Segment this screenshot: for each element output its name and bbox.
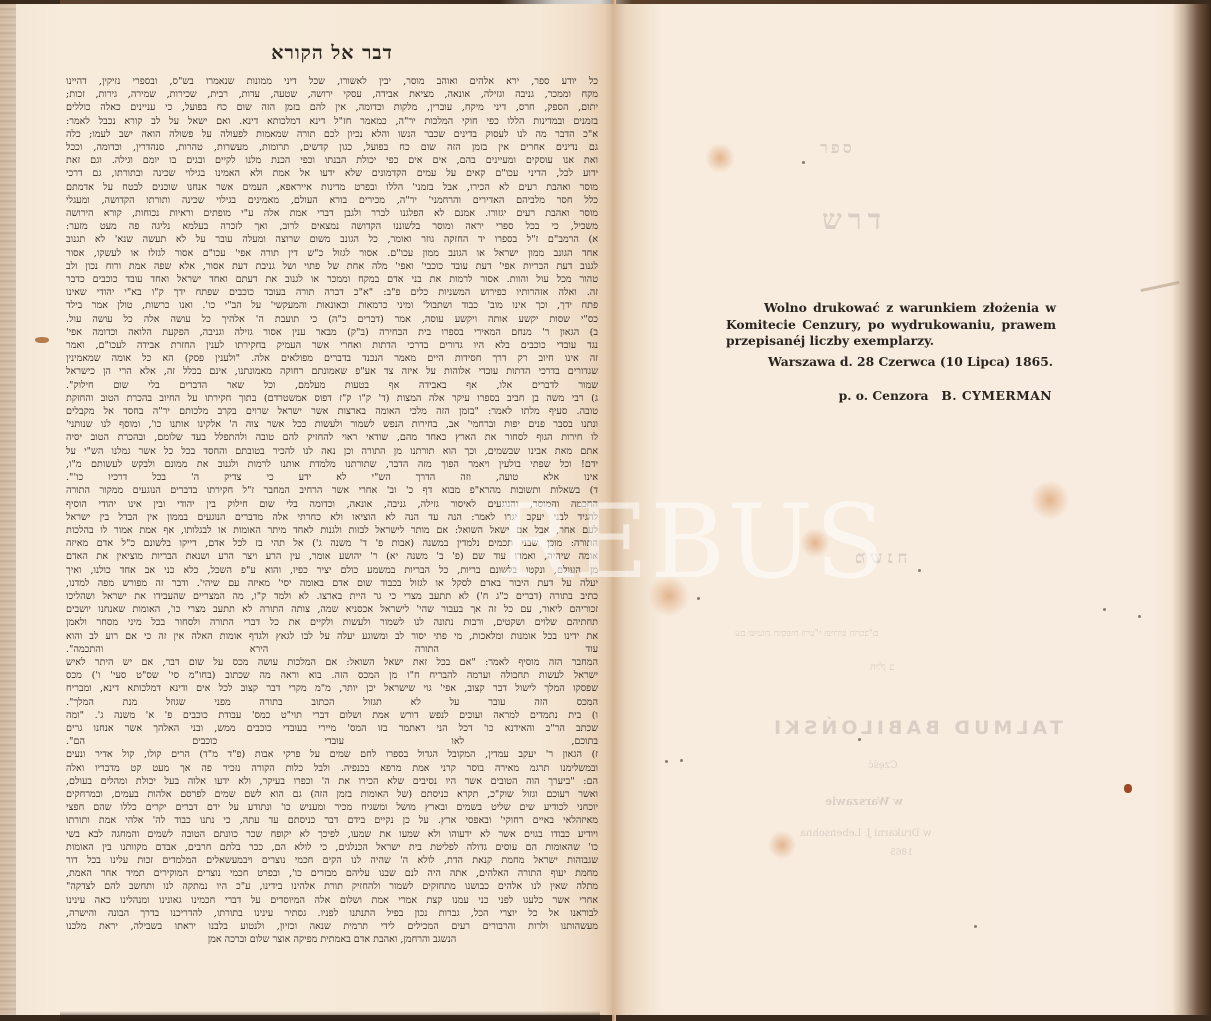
text-line: בתוכם, לאו עובדי כוכבים הם". [66, 735, 598, 748]
text-line: ג) רבי משה בן חביב בספרו עיקר אלה המצות … [66, 392, 598, 405]
paragraph-vav: ו) בית נתמדים למראה ועוכים לנפש דורש אמת… [66, 709, 598, 749]
foxing-stain [1030, 480, 1070, 520]
text-line: מוסר ואהבת רעים יגזורו. אמנם לא הפלגנו ל… [66, 207, 598, 220]
text-line: ב) הגאון ר' מנחם המאירי בספרו בית הבחירה… [66, 326, 598, 339]
book-spread: דבר אל הקורא כל יודע ספר, ירא אלהים ואוה… [0, 0, 1211, 1021]
text-line: את ידינו בכל אומנות ומלאכות, מי פתי יסור… [66, 630, 598, 643]
text-line: אתם מאת אבינו שבשמים, וכך הוא תורתנו מן … [66, 445, 598, 458]
paragraph-alef: א) הרמב"ם ז"ל בספרו יד החזקה גוזר ואומר,… [66, 233, 598, 325]
show-through-text: Część [868, 760, 898, 771]
show-through-text: w Drukarni J. Lebensohna [800, 828, 932, 839]
paragraph-he: המחבר הזה מוסיף לאמר: "אם בכל זאת ישאל ה… [66, 656, 598, 709]
speck [1138, 615, 1141, 618]
text-line: א"כ הדבר מה לנו לעסוק בדינים שכבר הנשו ו… [66, 128, 598, 141]
show-through-text: w Warszawie [825, 795, 903, 808]
text-line: זה אינו חיוב רק דרך חסידות היים מאמר הנכ… [66, 352, 598, 365]
rust-spot [35, 337, 49, 343]
text-line: מחמת יעוף התורה האלהים, אתה היה לנם שבנו… [66, 867, 598, 880]
text-line: לגנוב דעת הבריות אפי' דעת עובד כוכבי' וא… [66, 260, 598, 273]
text-line: ז) הגאון ר' יעקב עמדין, המקובל הגדול בספ… [66, 748, 598, 761]
text-line: א) הרמב"ם ז"ל בספרו יד החזקה גוזר ואומר,… [66, 233, 598, 246]
book-bottom-edge [60, 1011, 600, 1021]
approval-date: Warszawa d. 28 Czerwca (10 Lipca) 1865. [726, 354, 1056, 371]
text-line: זכוריהם ליאור, עם כל זה אך בעבור שהי' לי… [66, 603, 598, 616]
text-line: ובמשלימנו תרגמ מאירה בוסר קרני אמת מרפא … [66, 762, 598, 775]
text-line: כס"י שסות יקשע אותה ויקשע עוסה, אמר (דבר… [66, 313, 598, 326]
text-line: משכיל, כי בכל ספרי יראה ומוסר בלשוננו הק… [66, 220, 598, 233]
signature-prefix: p. o. Cenzora [839, 388, 929, 403]
text-line: המחבר הזה מוסיף לאמר: "אם בכל זאת ישאל ה… [66, 656, 598, 669]
text-line: כו' שהאומות הם עוסים גדולה לפליטת בית יש… [66, 841, 598, 854]
paragraph-bet: ב) הגאון ר' מנחם המאירי בספרו בית הבחירה… [66, 326, 598, 392]
text-line: לו חירות הגוף לסחור את הארץ כאחד מהם, שו… [66, 431, 598, 444]
text-line: ויודיע כבודו בגוים אשר לא ידעוהו ולא שמע… [66, 828, 598, 841]
page-title: דבר אל הקורא [66, 42, 598, 65]
speck [680, 759, 683, 762]
foxing-stain [705, 143, 735, 173]
show-through-text: עם שיטות תוספות ורש"י ופירוש הרמב"ם [735, 628, 879, 639]
censorship-approval: Wolno drukować z warunkiem złożenia w Ko… [726, 300, 1056, 405]
text-line: טהור מכל עול והוות. אסור לרמות את בני אד… [66, 273, 598, 286]
text-line: לבוראנו אל כל יוצרי הכל, גברות נכון בפיל… [66, 907, 598, 920]
text-line: ידם! וכל שפתי בולעין ויאמר הפוך מזה הדבר… [66, 458, 598, 471]
text-line: כלל חסר מלביהם האדירים והרחמני' יר"ה, מכ… [66, 194, 598, 207]
text-line: יתום, הספק, חרס, דיני מיקח, עוברין, מלקו… [66, 101, 598, 114]
text-line: ואת אנו עוסקים ומעיינים בהם, אים אים כפי… [66, 154, 598, 167]
text-line: זה. ואלה אזהרותיו כפירוש המשניות כלים פ"… [66, 286, 598, 299]
paragraph-intro: כל יודע ספר, ירא אלהים ואוהב מוסר, יבין … [66, 75, 598, 233]
text-line: אחרי אשר כלעגו לפני כני עמנו קצת אמרי אמ… [66, 894, 598, 907]
text-line: שמור לדברים אלו, אף באבידה אף בטעות מעלמ… [66, 379, 598, 392]
text-line: מעשהותנו ולרות והרבורים רעים המכילים ליד… [66, 920, 598, 933]
speck [918, 569, 921, 572]
approval-text: Wolno drukować z warunkiem złożenia w Ko… [726, 300, 1056, 350]
text-line: מתלה שאין לנו אלהים כבושנו מתחזקים לשמור… [66, 880, 598, 893]
speck [802, 161, 805, 164]
text-line: מאיזהלאי באיים רחוקי' ובאפסי ארץ. על כן … [66, 814, 598, 827]
watermark: REBUS [495, 492, 887, 594]
text-line: שגדורים בדרכי הדתות עובדי אלוהות על איזה… [66, 365, 598, 378]
text-line: גם נדינים אחרים אין בזמן הזה שום כח בפוע… [66, 141, 598, 154]
show-through-text: 1865 [890, 848, 913, 858]
text-line: הם: "ביערך הוה הטובים אשר היו נסיבים שלא… [66, 775, 598, 788]
show-through-text: חלק ב [870, 662, 894, 673]
text-line: ידוע לכל, הדיני עכו"ם קאים על עמים הקדמו… [66, 167, 598, 180]
closing-line: הנשגב והרחמן, ואהבת אדם באמתית מפיקה אוצ… [66, 933, 598, 946]
speck [974, 925, 977, 928]
text-line: שכתב הר"ב והאידנא כו' דכל הני דאתמר בזו … [66, 722, 598, 735]
rust-spot [1124, 784, 1132, 793]
censor-name: B. CYMERMAN [941, 388, 1052, 403]
text-line: פתח ידך, וכך אינו מוב' כבוד ושתבול' ומינ… [66, 299, 598, 312]
text-line: שפסקו המלך לישול דבר קצוב, אפי' גוי שישר… [66, 682, 598, 695]
censor-signature: p. o. Cenzora B. CYMERMAN [726, 388, 1056, 405]
text-line: שגבוהות ישראל מחמת קנאת הדת, לולא ה' שהי… [66, 854, 598, 867]
text-line: אחד הגונב ממון ישראל או הגונב ממון עכו"ם… [66, 247, 598, 260]
text-line: מוסר ואהבת רעים לא הכירו, אבל בזמני' הלל… [66, 181, 598, 194]
show-through-text: TALMUD BABILOŃSKI [770, 717, 1063, 739]
text-line: תחתיהם שלוים ושקטים, ורבות נתונה לנו לשמ… [66, 616, 598, 629]
text-line: ישראל לעשות תחבולה וערמה להבריח ח"ו מן ה… [66, 669, 598, 682]
text-line: מקח וממכר, גניבה וגזילה, אונאה, מציאת אב… [66, 88, 598, 101]
text-line: נגד עובדי כוכבים בלא היו גדורים בדרכי הד… [66, 339, 598, 352]
show-through-text: דרש [822, 203, 887, 237]
show-through-text: ספר [820, 138, 855, 158]
paragraph-zayin: ז) הגאון ר' יעקב עמדין, המקובל הגדול בספ… [66, 748, 598, 946]
paragraph-gimel: ג) רבי משה בן חביב בספרו עיקר אלה המצות … [66, 392, 598, 484]
text-line: טובה. סעיף מלתו לאמר: "בזמן הזה מלכי האו… [66, 405, 598, 418]
text-line: יוכחני לכודיע שים שליט בשמים ובארץ מושל … [66, 801, 598, 814]
speck [1103, 608, 1106, 611]
foxing-stain [768, 830, 796, 860]
text-line: המכס הזה עובר על לא תגזול הכתוב בתורה מפ… [66, 696, 598, 709]
text-line: בזמנים ובמדינות הללו כפי חוקי המלכות יר"… [66, 115, 598, 128]
speck [665, 760, 668, 763]
text-line: עוד התורה הירא והתכמה". [66, 643, 598, 656]
text-line: ונתנו בסבר פנים יפות וברחמי' אב, בחירות … [66, 418, 598, 431]
page-edge-shadow [0, 4, 16, 1015]
text-line: ואשר רעוכם וגזול שוק"כ, תקרא כניסתם (של … [66, 788, 598, 801]
text-line: ו) בית נתמדים למראה ועוכים לנפש דורש אמת… [66, 709, 598, 722]
text-line: כל יודע ספר, ירא אלהים ואוהב מוסר, יבין … [66, 75, 598, 88]
